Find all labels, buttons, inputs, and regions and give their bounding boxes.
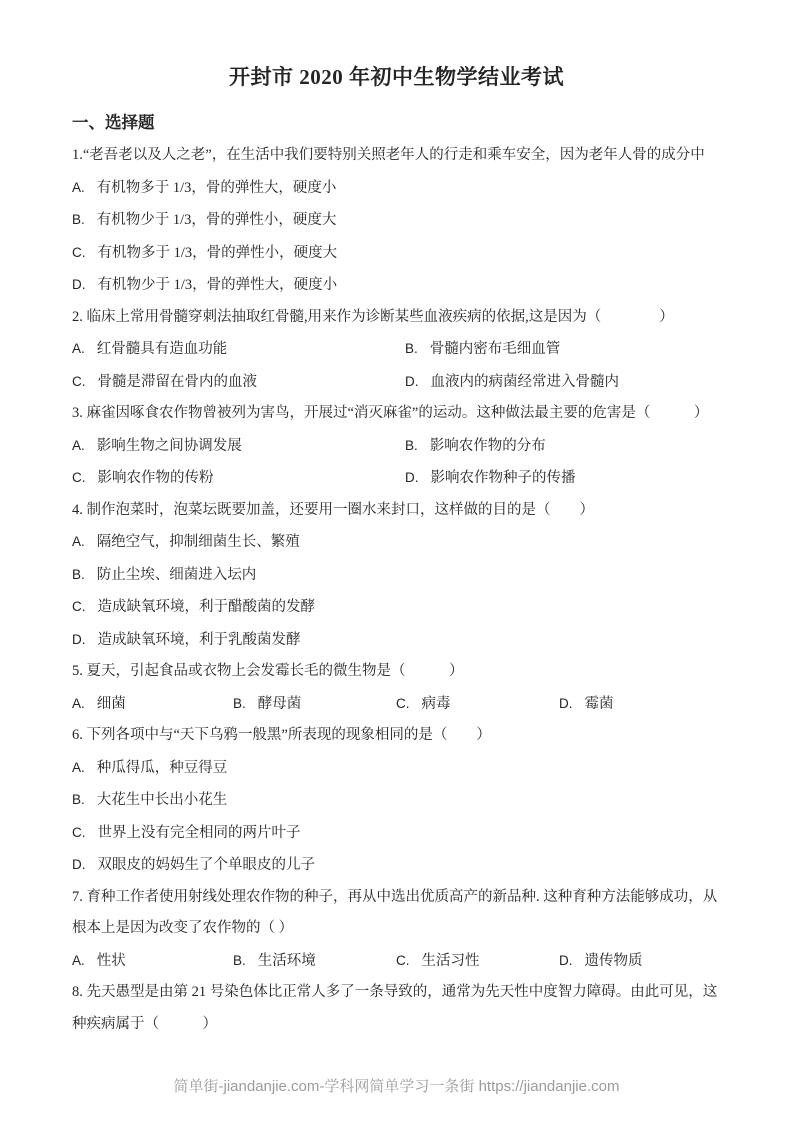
option-text: 酵母菌 xyxy=(258,696,302,712)
option-text: 血液内的病菌经常进入骨髓内 xyxy=(431,374,620,390)
option-letter: D. xyxy=(72,857,86,872)
option-text: 造成缺氧环境，利于乳酸菌发酵 xyxy=(98,632,301,648)
option-letter: B. xyxy=(72,212,85,227)
question-6-option-c: C.世界上没有完全相同的两片叶子 xyxy=(72,817,721,850)
question-6-option-b: B.大花生中长出小花生 xyxy=(72,784,721,817)
option-text: 细菌 xyxy=(97,696,126,712)
question-4-option-d: D.造成缺氧环境，利于乳酸菌发酵 xyxy=(72,624,721,657)
option-letter: C. xyxy=(72,470,86,485)
option-letter: D. xyxy=(559,696,573,711)
question-2-option-a: A.红骨髓具有造血功能 xyxy=(72,333,405,366)
option-text: 影响生物之间协调发展 xyxy=(97,438,242,454)
question-7-option-a: A.性状 xyxy=(72,945,233,978)
option-letter: C. xyxy=(72,599,86,614)
option-text: 性状 xyxy=(97,953,126,969)
exam-page: 开封市 2020 年初中生物学结业考试 一、选择题 1.“老吾老以及人之老”，在… xyxy=(0,0,793,1122)
question-2-option-b: B.骨髓内密布毛细血管 xyxy=(405,333,721,366)
option-text: 红骨髓具有造血功能 xyxy=(97,341,228,357)
question-7-options: A.性状 B.生活环境 C.生活习性 D.遗传物质 xyxy=(72,945,721,978)
question-6-option-a: A.种瓜得瓜，种豆得豆 xyxy=(72,752,721,785)
option-letter: C. xyxy=(72,825,86,840)
option-letter: A. xyxy=(72,438,85,453)
question-1-option-b: B.有机物少于 1/3，骨的弹性小，硬度大 xyxy=(72,204,721,237)
option-text: 影响农作物种子的传播 xyxy=(431,470,576,486)
question-5-option-d: D.霉菌 xyxy=(559,688,721,721)
question-6: 6. 下列各项中与“天下乌鸦一般黑”所表现的现象相同的是（ ） A.种瓜得瓜，种… xyxy=(72,720,721,882)
question-6-stem: 6. 下列各项中与“天下乌鸦一般黑”所表现的现象相同的是（ ） xyxy=(72,720,721,752)
option-text: 防止尘埃、细菌进入坛内 xyxy=(97,567,257,583)
question-2-option-d: D.血液内的病菌经常进入骨髓内 xyxy=(405,366,721,399)
question-7: 7. 育种工作者使用射线处理农作物的种子，再从中选出优质高产的新品种. 这种育种… xyxy=(72,882,721,978)
question-1: 1.“老吾老以及人之老”，在生活中我们要特别关照老年人的行走和乘车安全，因为老年… xyxy=(72,140,721,302)
question-1-option-c: C.有机物多于 1/3，骨的弹性小，硬度大 xyxy=(72,237,721,270)
question-3-option-c: C.影响农作物的传粉 xyxy=(72,462,405,495)
option-letter: B. xyxy=(72,792,85,807)
option-text: 骨髓是滞留在骨内的血液 xyxy=(98,374,258,390)
option-text: 世界上没有完全相同的两片叶子 xyxy=(98,825,301,841)
question-2: 2. 临床上常用骨髓穿刺法抽取红骨髓,用来作为诊断某些血液疾病的依据,这是因为（… xyxy=(72,302,721,399)
question-1-option-d: D.有机物少于 1/3，骨的弹性大，硬度小 xyxy=(72,269,721,302)
question-7-stem: 7. 育种工作者使用射线处理农作物的种子，再从中选出优质高产的新品种. 这种育种… xyxy=(72,882,721,945)
question-3-options: A.影响生物之间协调发展 B.影响农作物的分布 C.影响农作物的传粉 D.影响农… xyxy=(72,430,721,495)
question-5-option-a: A.细菌 xyxy=(72,688,233,721)
question-3: 3. 麻雀因啄食农作物曾被列为害鸟，开展过“消灭麻雀”的运动。这种做法最主要的危… xyxy=(72,398,721,495)
option-text: 影响农作物的分布 xyxy=(430,438,546,454)
option-letter: B. xyxy=(405,438,418,453)
question-8-stem: 8. 先天愚型是由第 21 号染色体比正常人多了一条导致的，通常为先天性中度智力… xyxy=(72,977,721,1040)
option-text: 影响农作物的传粉 xyxy=(98,470,214,486)
question-4-option-a: A.隔绝空气，抑制细菌生长、繁殖 xyxy=(72,526,721,559)
question-4-option-c: C.造成缺氧环境，利于醋酸菌的发酵 xyxy=(72,591,721,624)
question-7-option-d: D.遗传物质 xyxy=(559,945,721,978)
option-text: 生活习性 xyxy=(422,953,480,969)
option-text: 病毒 xyxy=(422,696,451,712)
option-letter: C. xyxy=(72,374,86,389)
question-3-option-b: B.影响农作物的分布 xyxy=(405,430,721,463)
option-text: 霉菌 xyxy=(585,696,614,712)
option-text: 生活环境 xyxy=(258,953,316,969)
question-3-option-a: A.影响生物之间协调发展 xyxy=(72,430,405,463)
option-text: 造成缺氧环境，利于醋酸菌的发酵 xyxy=(98,599,316,615)
option-text: 有机物多于 1/3，骨的弹性小，硬度大 xyxy=(98,245,338,261)
option-letter: A. xyxy=(72,341,85,356)
question-5-option-c: C.病毒 xyxy=(396,688,559,721)
page-title: 开封市 2020 年初中生物学结业考试 xyxy=(72,64,721,90)
option-letter: A. xyxy=(72,180,85,195)
option-letter: B. xyxy=(72,567,85,582)
question-2-stem: 2. 临床上常用骨髓穿刺法抽取红骨髓,用来作为诊断某些血液疾病的依据,这是因为（… xyxy=(72,302,721,334)
option-text: 种瓜得瓜，种豆得豆 xyxy=(97,760,228,776)
option-text: 有机物少于 1/3，骨的弹性大，硬度小 xyxy=(98,277,338,293)
page-content: 开封市 2020 年初中生物学结业考试 一、选择题 1.“老吾老以及人之老”，在… xyxy=(0,0,793,1040)
option-text: 有机物多于 1/3，骨的弹性大，硬度小 xyxy=(97,180,337,196)
question-4-stem: 4. 制作泡菜时，泡菜坛既要加盖，还要用一圈水来封口，这样做的目的是（ ） xyxy=(72,495,721,527)
section-heading: 一、选择题 xyxy=(72,112,721,134)
question-1-option-a: A.有机物多于 1/3，骨的弹性大，硬度小 xyxy=(72,172,721,205)
option-letter: D. xyxy=(405,374,419,389)
question-3-stem: 3. 麻雀因啄食农作物曾被列为害鸟，开展过“消灭麻雀”的运动。这种做法最主要的危… xyxy=(72,398,721,430)
option-letter: A. xyxy=(72,534,85,549)
option-letter: D. xyxy=(72,277,86,292)
question-6-option-d: D.双眼皮的妈妈生了个单眼皮的儿子 xyxy=(72,849,721,882)
option-text: 大花生中长出小花生 xyxy=(97,792,228,808)
question-2-option-c: C.骨髓是滞留在骨内的血液 xyxy=(72,366,405,399)
question-8: 8. 先天愚型是由第 21 号染色体比正常人多了一条导致的，通常为先天性中度智力… xyxy=(72,977,721,1040)
option-text: 骨髓内密布毛细血管 xyxy=(430,341,561,357)
option-letter: A. xyxy=(72,696,85,711)
question-2-options: A.红骨髓具有造血功能 B.骨髓内密布毛细血管 C.骨髓是滞留在骨内的血液 D.… xyxy=(72,333,721,398)
question-7-option-c: C.生活习性 xyxy=(396,945,559,978)
question-4-option-b: B.防止尘埃、细菌进入坛内 xyxy=(72,559,721,592)
option-letter: C. xyxy=(396,953,410,968)
option-letter: D. xyxy=(405,470,419,485)
footer-watermark: 简单街-jiandanjie.com-学科网简单学习一条街 https://ji… xyxy=(0,1075,793,1096)
option-text: 双眼皮的妈妈生了个单眼皮的儿子 xyxy=(98,857,316,873)
question-3-option-d: D.影响农作物种子的传播 xyxy=(405,462,721,495)
option-letter: A. xyxy=(72,953,85,968)
option-letter: C. xyxy=(72,245,86,260)
option-text: 有机物少于 1/3，骨的弹性小，硬度大 xyxy=(97,212,337,228)
question-5-options: A.细菌 B.酵母菌 C.病毒 D.霉菌 xyxy=(72,688,721,721)
question-5-stem: 5. 夏天，引起食品或衣物上会发霉长毛的微生物是（ ） xyxy=(72,656,721,688)
question-1-stem: 1.“老吾老以及人之老”，在生活中我们要特别关照老年人的行走和乘车安全，因为老年… xyxy=(72,140,721,172)
option-text: 隔绝空气，抑制细菌生长、繁殖 xyxy=(97,534,300,550)
option-letter: D. xyxy=(559,953,573,968)
option-letter: B. xyxy=(233,696,246,711)
option-letter: D. xyxy=(72,632,86,647)
option-text: 遗传物质 xyxy=(585,953,643,969)
option-letter: C. xyxy=(396,696,410,711)
question-5-option-b: B.酵母菌 xyxy=(233,688,396,721)
option-letter: A. xyxy=(72,760,85,775)
option-letter: B. xyxy=(233,953,246,968)
question-4: 4. 制作泡菜时，泡菜坛既要加盖，还要用一圈水来封口，这样做的目的是（ ） A.… xyxy=(72,495,721,657)
option-letter: B. xyxy=(405,341,418,356)
question-5: 5. 夏天，引起食品或衣物上会发霉长毛的微生物是（ ） A.细菌 B.酵母菌 C… xyxy=(72,656,721,720)
question-7-option-b: B.生活环境 xyxy=(233,945,396,978)
question-list: 1.“老吾老以及人之老”，在生活中我们要特别关照老年人的行走和乘车安全，因为老年… xyxy=(72,140,721,1040)
